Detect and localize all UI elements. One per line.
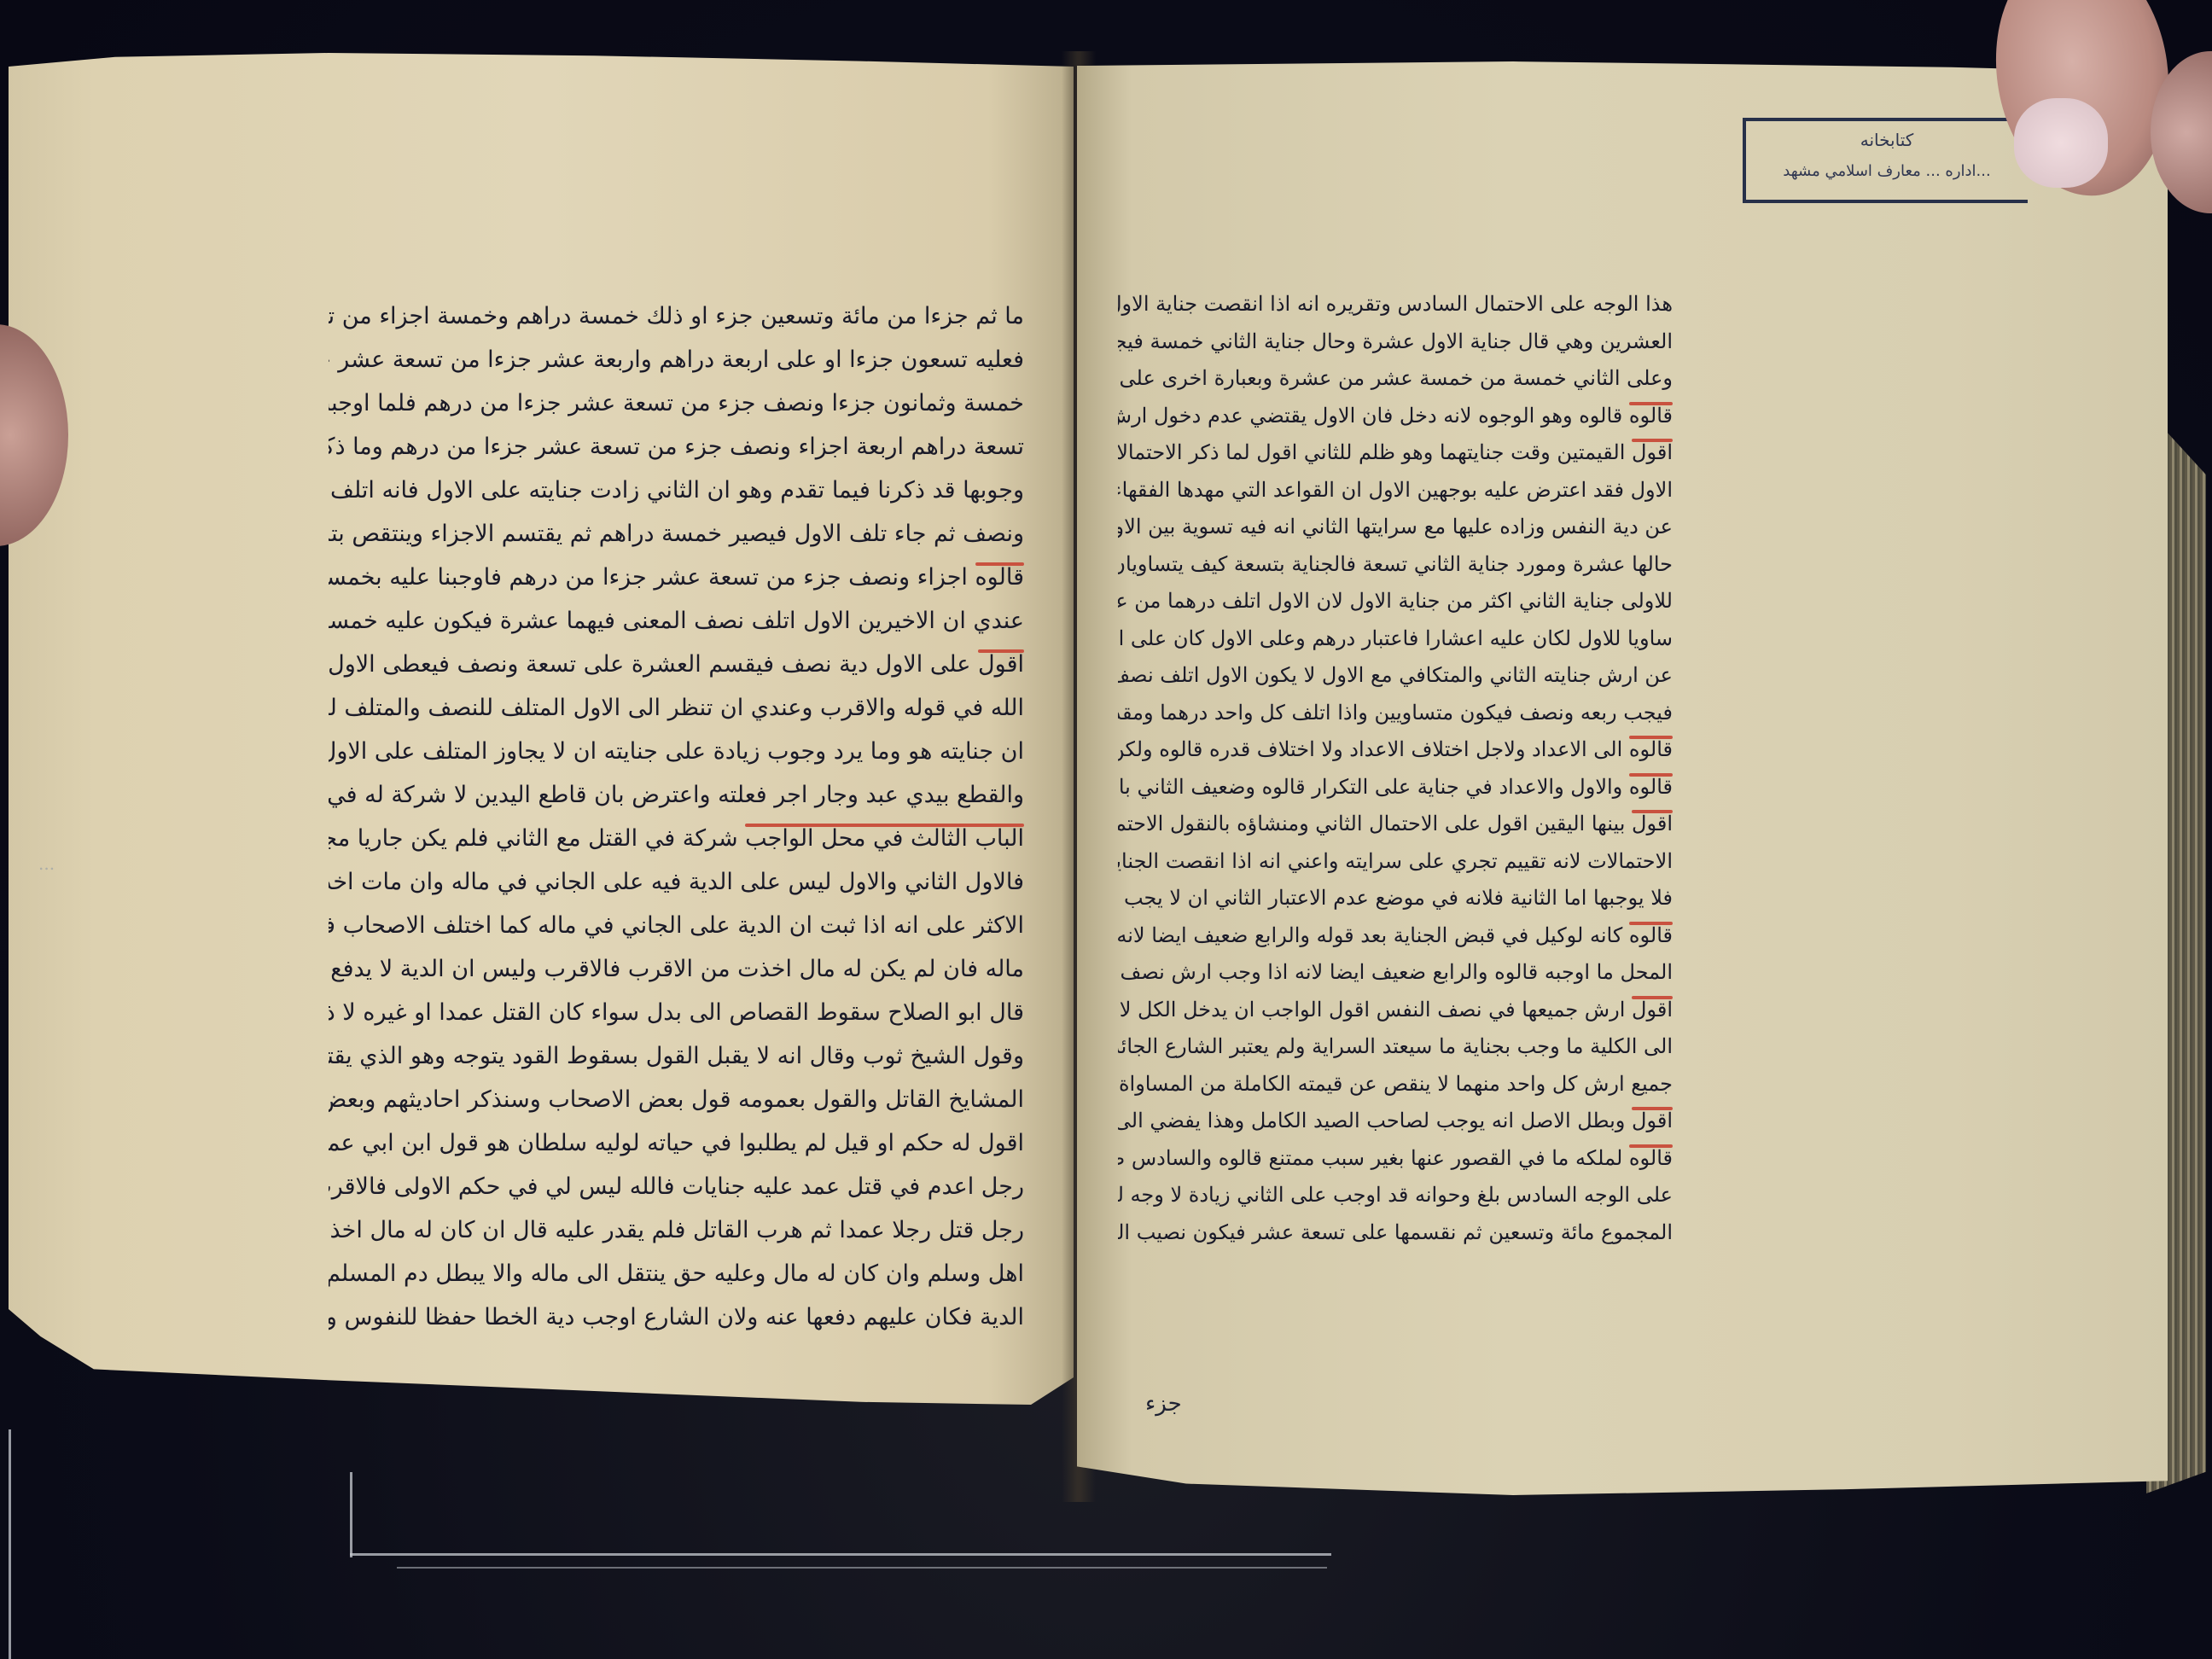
text-line-with-rubric: قالوه الى الاعداد ولاجل اختلاف الاعداد و… (1118, 731, 1673, 769)
text-line: شركة في القتل مع الثاني فلم يكن جاريا مج… (329, 825, 738, 852)
text-line: جميع ارش كل واحد منهما لا ينقص عن قيمته … (1118, 1066, 1673, 1103)
chalk-line-horizontal-dashed (397, 1567, 1327, 1569)
rubric-mark: قالوه (1629, 923, 1673, 947)
text-line-with-rubric: قالوه والاول والاعداد في جناية على التكر… (1118, 769, 1673, 806)
text-line: فعليه تسعون جزءا او على اربعة دراهم وارب… (329, 338, 1024, 381)
rubric-mark: اقول (1632, 1109, 1673, 1132)
text-line: العشرين وهي قال جناية الاول عشرة وحال جن… (1118, 323, 1673, 361)
text-line: على الاول دية نصف فيقسم العشرة على تسعة … (329, 651, 970, 678)
chapter-heading-line: الباب الثالث في محل الواجب شركة في القتل… (329, 817, 1024, 860)
chalk-line-vertical-inner (350, 1472, 352, 1557)
text-line: اقول له حكم او قيل لم يطلبوا في حياته لو… (329, 1121, 1024, 1165)
text-line: الاحتمالات لانه تقييم تجري على سرايته وا… (1118, 843, 1673, 881)
stamp-line-1: كتابخانه (1746, 130, 2028, 150)
rubric-mark: اقول (1632, 998, 1673, 1022)
text-line: الدية فكان عليهم دفعها عنه ولان الشارع ا… (329, 1295, 1024, 1339)
text-line-with-rubric: اقول بينها اليقين اقول على الاحتمال الثا… (1118, 806, 1673, 843)
text-line: كانه لوكيل في قبض الجناية بعد قوله والرا… (1118, 923, 1622, 947)
library-stamp: كتابخانه ...اداره ... معارف اسلامي مشهد (1743, 118, 2028, 203)
text-line: الى الكلية ما وجب بجناية ما سيعتد السراي… (1118, 1028, 1673, 1066)
text-line-with-rubric: اقول ارش جميعها في نصف النفس اقول الواجب… (1118, 992, 1673, 1029)
text-line-with-rubric: اقول على الاول دية نصف فيقسم العشرة على … (329, 643, 1024, 686)
text-line-with-rubric: قالوه اجزاء ونصف جزء من تسعة عشر جزءا من… (329, 556, 1024, 599)
rubric-mark: قالوه (1629, 404, 1673, 428)
rubric-mark: اقول (978, 651, 1024, 678)
text-line: ان جنايته هو وما يرد وجوب زيادة على جناي… (329, 730, 1024, 773)
chalk-line-horizontal (350, 1553, 1331, 1556)
rubric-mark: قالوه (1629, 737, 1673, 761)
stamp-line-2: ...اداره ... معارف اسلامي مشهد (1746, 162, 2028, 180)
text-line: المحل ما اوجبه قالوه والرابع ضعيف ايضا ل… (1118, 954, 1673, 992)
text-line: ساويا للاول لكان عليه اعشارا فاعتبار دره… (1118, 620, 1673, 658)
text-line: فلا يوجبها اما الثانية فلانه في موضع عدم… (1118, 880, 1673, 917)
text-line: تسعة دراهم اربعة اجزاء ونصف جزء من تسعة … (329, 425, 1024, 469)
text-line: عن دية النفس وزاده عليها مع سرايتها الثا… (1118, 509, 1673, 546)
text-line: عن ارش جنايته الثاني والمتكافي مع الاول … (1118, 657, 1673, 695)
rubric-mark: قالوه (1629, 1146, 1673, 1170)
text-line: حالها عشرة ومورد جناية الثاني تسعة فالجن… (1118, 546, 1673, 584)
text-line: رجل قتل رجلا عمدا ثم هرب القاتل فلم يقدر… (329, 1208, 1024, 1252)
rubric-mark: قالوه (1629, 775, 1673, 799)
right-page-text-block: هذا الوجه على الاحتمال السادس وتقريره ان… (1118, 286, 1673, 1251)
text-line: للاولى جناية الثاني اكثر من جناية الاول … (1118, 583, 1673, 620)
rubric-mark: اقول (1632, 812, 1673, 835)
text-line: اهل وسلم وان كان له مال وعليه حق ينتقل ا… (329, 1252, 1024, 1295)
text-line: فيجب ربعه ونصف فيكون متساويين واذا اتلف … (1118, 695, 1673, 732)
text-line: ماله فان لم يكن له مال اخذت من الاقرب فا… (329, 947, 1024, 991)
text-line-with-rubric: قالوه لملكه ما في القصور عنها بغير سبب م… (1118, 1140, 1673, 1178)
text-line-with-rubric: اقول القيمتين وقت جنايتهما وهو ظلم للثان… (1118, 434, 1673, 472)
text-line: عندي ان الاخيرين الاول اتلف نصف المعنى ف… (329, 599, 1024, 643)
thumbnail (2014, 98, 2108, 188)
text-line: وعلى الثاني خمسة من خمسة عشر من عشرة وبع… (1118, 360, 1673, 398)
text-line-with-rubric: اقول وبطل الاصل انه يوجب لصاحب الصيد الك… (1118, 1103, 1673, 1140)
text-line: الله في قوله والاقرب وعندي ان تنظر الى ا… (329, 686, 1024, 730)
text-line-with-rubric: قالوه قالوه وهو الوجوه لانه دخل فان الاو… (1118, 398, 1673, 435)
left-page-text-block: ما ثم جزءا من مائة وتسعين جزء او ذلك خمس… (329, 294, 1024, 1339)
text-line: قال ابو الصلاح سقوط القصاص الى بدل سواء … (329, 991, 1024, 1034)
text-line: على الوجه السادس بلغ وحوانه قد اوجب على … (1118, 1177, 1673, 1214)
text-line: والقطع بيدي عبد وجار اجر فعلته واعترض با… (329, 773, 1024, 817)
text-line: وقول الشيخ ثوب وقال انه لا يقبل القول بس… (329, 1034, 1024, 1078)
left-margin-faint-note: ... (38, 853, 55, 874)
chalk-line-vertical-left (9, 1429, 11, 1659)
text-line: رجل اعدم في قتل عمد عليه جنايات فالله لي… (329, 1165, 1024, 1208)
text-line: القيمتين وقت جنايتهما وهو ظلم للثاني اقو… (1118, 440, 1625, 464)
text-line: بينها اليقين اقول على الاحتمال الثاني وم… (1118, 812, 1625, 835)
text-line: المجموع مائة وتسعين ثم نقسمها على تسعة ع… (1118, 1214, 1673, 1252)
text-line: وبطل الاصل انه يوجب لصاحب الصيد الكامل و… (1118, 1109, 1625, 1132)
text-line: خمسة وثمانون جزءا ونصف جزء من تسعة عشر ج… (329, 381, 1024, 425)
text-line: اجزاء ونصف جزء من تسعة عشر جزءا من درهم … (329, 564, 968, 591)
text-line: الى الاعداد ولاجل اختلاف الاعداد ولا اخت… (1118, 737, 1622, 761)
text-line: المشايخ القاتل والقول بعمومه قول بعض الا… (329, 1078, 1024, 1121)
text-line: والاول والاعداد في جناية على التكرار قال… (1118, 775, 1622, 799)
text-line: الاول فقد اعترض عليه بوجهين الاول ان الق… (1118, 472, 1673, 509)
chapter-heading: الباب الثالث في محل الواجب (745, 825, 1024, 852)
text-line-with-rubric: قالوه كانه لوكيل في قبض الجناية بعد قوله… (1118, 917, 1673, 955)
text-line: لملكه ما في القصور عنها بغير سبب ممتنع ق… (1118, 1146, 1622, 1170)
text-line: ونصف ثم جاء تلف الاول فيصير خمسة دراهم ث… (329, 512, 1024, 556)
text-line: ما ثم جزءا من مائة وتسعين جزء او ذلك خمس… (329, 294, 1024, 338)
text-line: ارش جميعها في نصف النفس اقول الواجب ان ي… (1118, 998, 1625, 1022)
text-line: الاكثر على انه اذا ثبت ان الدية على الجا… (329, 904, 1024, 947)
rubric-mark: قالوه (975, 564, 1024, 591)
text-line: هذا الوجه على الاحتمال السادس وتقريره ان… (1118, 286, 1673, 323)
text-line: قالوه وهو الوجوه لانه دخل فان الاول يقتض… (1118, 404, 1622, 428)
catchword: جزء (1145, 1391, 1182, 1417)
rubric-mark: اقول (1632, 440, 1673, 464)
text-line: وجوبها قد ذكرنا فيما تقدم وهو ان الثاني … (329, 469, 1024, 512)
text-line: فالاول الثاني والاول ليس على الدية فيه ع… (329, 860, 1024, 904)
